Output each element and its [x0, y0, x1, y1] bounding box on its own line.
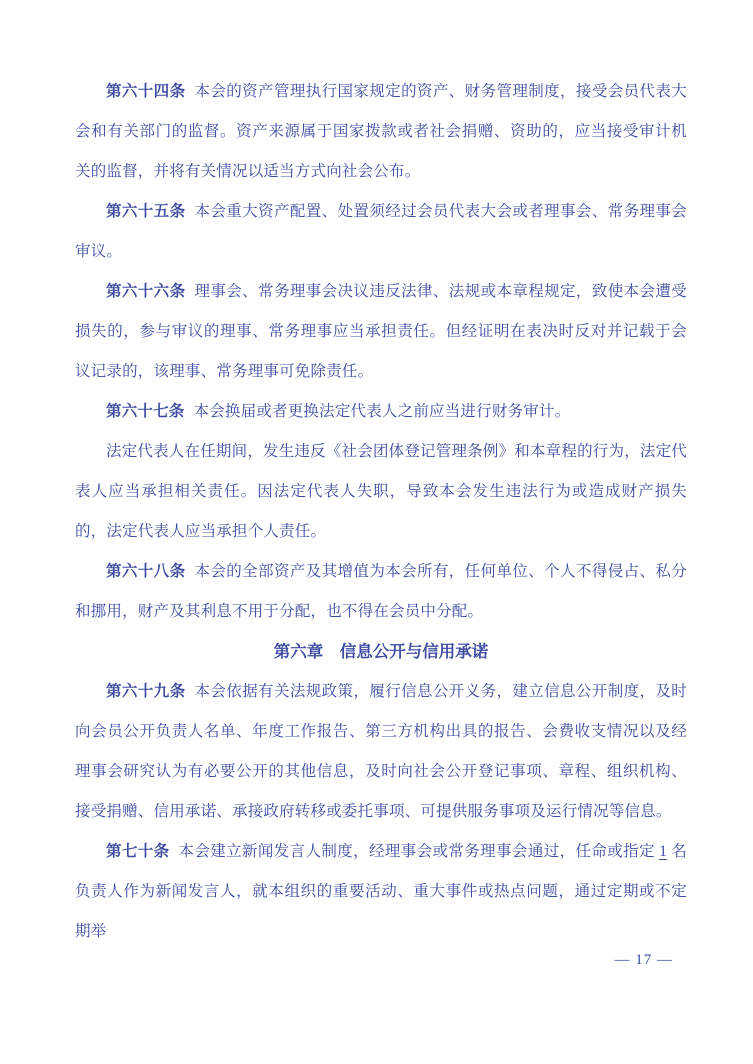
chapter-6-heading: 第六章信息公开与信用承诺: [75, 632, 687, 672]
article-68-number: 第六十八条: [106, 563, 185, 580]
article-69-paragraph: 第六十九条本会依据有关法规政策，履行信息公开义务，建立信息公开制度，及时向会员公…: [75, 672, 687, 832]
article-70-underlined-number: 1: [659, 843, 667, 860]
article-67-number: 第六十七条: [106, 403, 185, 420]
legal-representative-liability-text: 法定代表人在任期间，发生违反《社会团体登记管理条例》和本章程的行为，法定代表人应…: [75, 443, 687, 540]
article-69-number: 第六十九条: [106, 683, 185, 700]
article-64-number: 第六十四条: [106, 83, 185, 100]
article-68-paragraph: 第六十八条本会的全部资产及其增值为本会所有，任何单位、个人不得侵占、私分和挪用，…: [75, 552, 687, 632]
page-number: — 17 —: [615, 948, 674, 972]
article-64-paragraph: 第六十四条本会的资产管理执行国家规定的资产、财务管理制度，接受会员代表大会和有关…: [75, 72, 687, 192]
chapter-6-number: 第六章: [274, 643, 324, 661]
article-70-text-before: 本会建立新闻发言人制度，经理事会或常务理事会通过，任命或指定: [179, 843, 660, 860]
chapter-6-title: 信息公开与信用承诺: [340, 643, 489, 661]
article-70-number: 第七十条: [106, 843, 170, 860]
article-69-text: 本会依据有关法规政策，履行信息公开义务，建立信息公开制度，及时向会员公开负责人名…: [75, 683, 687, 820]
article-67-text: 本会换届或者更换法定代表人之前应当进行财务审计。: [194, 403, 571, 420]
article-65-paragraph: 第六十五条本会重大资产配置、处置须经过会员代表大会或者理事会、常务理事会审议。: [75, 192, 687, 272]
article-67-paragraph: 第六十七条本会换届或者更换法定代表人之前应当进行财务审计。: [75, 392, 687, 432]
document-body: 第六十四条本会的资产管理执行国家规定的资产、财务管理制度，接受会员代表大会和有关…: [75, 0, 687, 952]
legal-representative-liability-paragraph: 法定代表人在任期间，发生违反《社会团体登记管理条例》和本章程的行为，法定代表人应…: [75, 432, 687, 552]
article-70-paragraph: 第七十条本会建立新闻发言人制度，经理事会或常务理事会通过，任命或指定 1 名负责…: [75, 832, 687, 952]
article-65-number: 第六十五条: [106, 203, 185, 220]
article-66-paragraph: 第六十六条理事会、常务理事会决议违反法律、法规或本章程规定，致使本会遭受损失的，…: [75, 272, 687, 392]
article-66-number: 第六十六条: [106, 283, 185, 300]
document-page: 第六十四条本会的资产管理执行国家规定的资产、财务管理制度，接受会员代表大会和有关…: [0, 0, 753, 1064]
